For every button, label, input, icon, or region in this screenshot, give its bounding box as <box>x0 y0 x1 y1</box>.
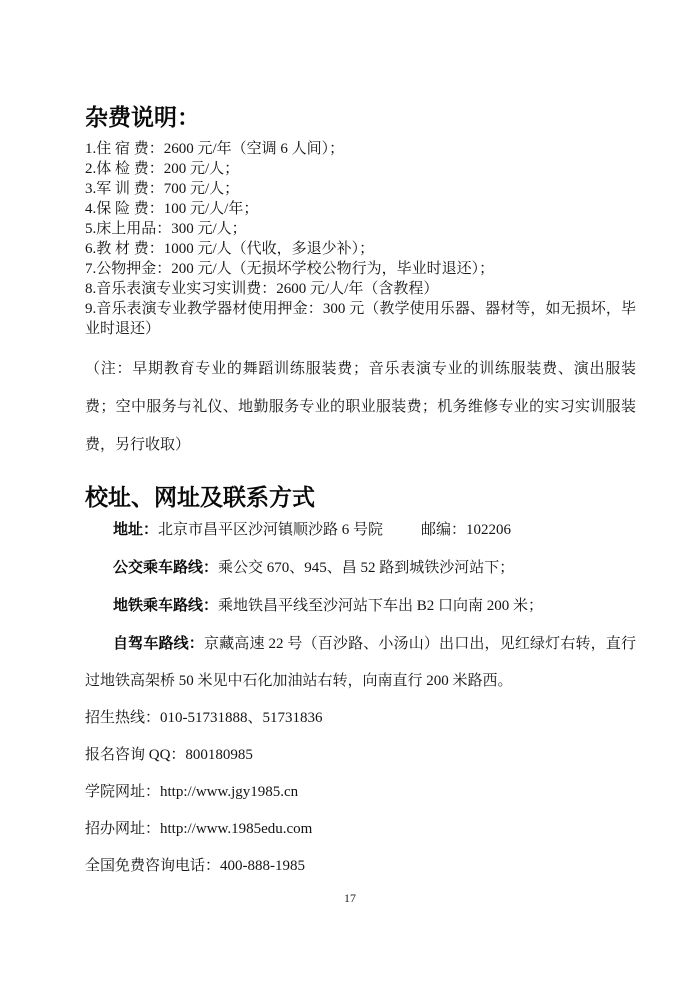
address-value: 北京市昌平区沙河镇顺沙路 6 号院 <box>158 522 383 538</box>
page-number: 17 <box>0 891 700 906</box>
page-content: 杂费说明： 1.住 宿 费：2600 元/年（空调 6 人间）； 2.体 检 费… <box>85 0 636 885</box>
bus-route-value: 乘公交 670、945、昌 52 路到城铁沙河站下； <box>218 560 514 576</box>
contact-info: 地址：北京市昌平区沙河镇顺沙路 6 号院邮编：102206 公交乘车路线：乘公交… <box>85 511 636 885</box>
fee-item-music-practice: 8.音乐表演专业实习实训费：2600 元/人/年（含教程） <box>85 279 636 299</box>
bus-route-line: 公交乘车路线：乘公交 670、945、昌 52 路到城铁沙河站下； <box>85 549 636 587</box>
fee-item-instrument-deposit: 9.音乐表演专业教学器材使用押金：300 元（教学使用乐器、器材等，如无损坏，毕… <box>85 299 636 339</box>
bus-route-label: 公交乘车路线： <box>113 559 218 576</box>
fee-item-accommodation: 1.住 宿 费：2600 元/年（空调 6 人间）； <box>85 139 636 159</box>
document-page: 杂费说明： 1.住 宿 费：2600 元/年（空调 6 人间）； 2.体 检 费… <box>0 0 700 989</box>
address-label: 地址： <box>113 521 158 538</box>
fees-note: （注：早期教育专业的舞蹈训练服装费；音乐表演专业的训练服装费、演出服装费；空中服… <box>85 350 636 464</box>
subway-route-label: 地铁乘车路线： <box>113 597 218 614</box>
admission-hotline: 招生热线：010-51731888、51731836 <box>85 700 636 737</box>
postcode-label: 邮编： <box>421 522 466 538</box>
fee-item-textbooks: 6.教 材 费：1000 元/人（代收，多退少补）； <box>85 239 636 259</box>
admission-website: 招办网址：http://www.1985edu.com <box>85 811 636 848</box>
postcode-value: 102206 <box>466 522 511 538</box>
fee-item-insurance: 4.保 险 费：100 元/人/年； <box>85 199 636 219</box>
address-line: 地址：北京市昌平区沙河镇顺沙路 6 号院邮编：102206 <box>85 511 636 549</box>
drive-route-label: 自驾车路线： <box>113 635 204 652</box>
fee-item-bedding: 5.床上用品：300 元/人； <box>85 219 636 239</box>
fee-item-military-training: 3.军 训 费：700 元/人； <box>85 179 636 199</box>
fees-section-title: 杂费说明： <box>85 103 636 131</box>
fee-list: 1.住 宿 费：2600 元/年（空调 6 人间）； 2.体 检 费：200 元… <box>85 139 636 339</box>
qq-consult: 报名咨询 QQ：800180985 <box>85 737 636 774</box>
postcode-group: 邮编：102206 <box>421 522 511 538</box>
drive-route-line: 自驾车路线：京藏高速 22 号（百沙路、小汤山）出口出，见红绿灯右转，直行过地铁… <box>85 625 636 700</box>
college-website: 学院网址：http://www.jgy1985.cn <box>85 774 636 811</box>
fee-item-property-deposit: 7.公物押金：200 元/人（无损坏学校公物行为，毕业时退还）； <box>85 259 636 279</box>
subway-route-line: 地铁乘车路线：乘地铁昌平线至沙河站下车出 B2 口向南 200 米； <box>85 587 636 625</box>
fee-item-physical-exam: 2.体 检 费：200 元/人； <box>85 159 636 179</box>
contact-section-title: 校址、网址及联系方式 <box>85 483 636 511</box>
free-phone: 全国免费咨询电话：400-888-1985 <box>85 848 636 885</box>
subway-route-value: 乘地铁昌平线至沙河站下车出 B2 口向南 200 米； <box>218 598 543 614</box>
